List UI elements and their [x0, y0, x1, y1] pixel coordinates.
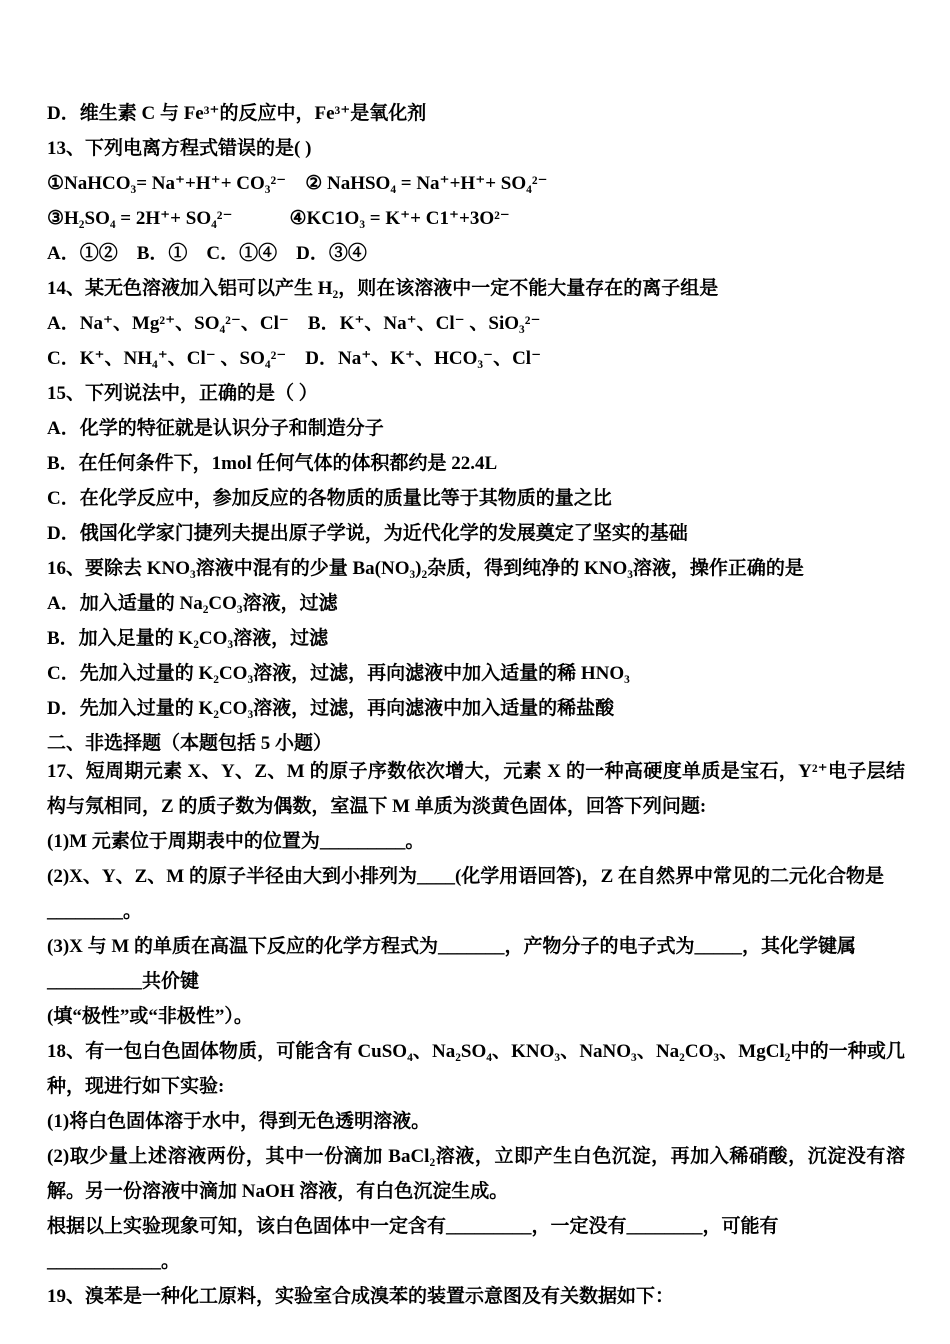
- q18-step2: (2)取少量上述溶液两份，其中一份滴加 BaCl₂溶液，立即产生白色沉淀，再加入…: [47, 1139, 905, 1209]
- q13-ionization-equations-1: ①NaHCO₃= Na⁺+H⁺+ CO₃²⁻ ② NaHSO₄ = Na⁺+H⁺…: [47, 166, 905, 201]
- q17-part3-continuation: (填“极性”或“非极性”）。: [47, 999, 905, 1034]
- q15-option-b: B．在任何条件下，1mol 任何气体的体积都约是 22.4L: [47, 446, 905, 481]
- q18-conclusion: 根据以上实验现象可知，该白色固体中一定含有_________，一定没有_____…: [47, 1209, 905, 1279]
- q16-option-c: C．先加入过量的 K₂CO₃溶液，过滤，再向滤液中加入适量的稀 HNO₃: [47, 656, 905, 691]
- q17-part3: (3)X 与 M 的单质在高温下反应的化学方程式为_______，产物分子的电子…: [47, 929, 905, 999]
- q14-options-cd: C．K⁺、NH₄⁺、Cl⁻ 、SO₄²⁻ D．Na⁺、K⁺、HCO₃⁻、Cl⁻: [47, 341, 905, 376]
- q15-option-a: A．化学的特征就是认识分子和制造分子: [47, 411, 905, 446]
- q16-option-a: A．加入适量的 Na₂CO₃溶液，过滤: [47, 586, 905, 621]
- q15-option-d: D．俄国化学家门捷列夫提出原子学说，为近代化学的发展奠定了坚实的基础: [47, 516, 905, 551]
- q14-stem: 14、某无色溶液加入铝可以产生 H₂，则在该溶液中一定不能大量存在的离子组是: [47, 271, 905, 306]
- q18-step1: (1)将白色固体溶于水中，得到无色透明溶液。: [47, 1104, 905, 1139]
- q17-part1: (1)M 元素位于周期表中的位置为_________。: [47, 824, 905, 859]
- q16-option-d: D．先加入过量的 K₂CO₃溶液，过滤，再向滤液中加入适量的稀盐酸: [47, 691, 905, 726]
- exam-page: D．维生素 C 与 Fe³⁺的反应中，Fe³⁺是氧化剂 13、下列电离方程式错误…: [0, 0, 950, 1344]
- q13-ionization-equations-2: ③H₂SO₄ = 2H⁺+ SO₄²⁻ ④KC1O₃ = K⁺+ C1⁺+3O²…: [47, 201, 905, 236]
- q13-options: A．①② B．① C．①④ D．③④: [47, 236, 905, 271]
- q19-stem: 19、溴苯是一种化工原料，实验室合成溴苯的装置示意图及有关数据如下：: [47, 1279, 905, 1314]
- q17-part2: (2)X、Y、Z、M 的原子半径由大到小排列为____(化学用语回答)，Z 在自…: [47, 859, 905, 929]
- q16-option-b: B．加入足量的 K₂CO₃溶液，过滤: [47, 621, 905, 656]
- q16-stem: 16、要除去 KNO₃溶液中混有的少量 Ba(NO₃)₂杂质，得到纯净的 KNO…: [47, 551, 905, 586]
- q14-options-ab: A．Na⁺、Mg²⁺、SO₄²⁻、Cl⁻ B．K⁺、Na⁺、Cl⁻ 、SiO₃²…: [47, 306, 905, 341]
- q13-stem: 13、下列电离方程式错误的是( ): [47, 131, 905, 166]
- q17-stem: 17、短周期元素 X、Y、Z、M 的原子序数依次增大，元素 X 的一种高硬度单质…: [47, 754, 905, 824]
- q12-option-d: D．维生素 C 与 Fe³⁺的反应中，Fe³⁺是氧化剂: [47, 96, 905, 131]
- q15-stem: 15、下列说法中，正确的是（ ）: [47, 376, 905, 411]
- q18-stem: 18、有一包白色固体物质，可能含有 CuSO₄、Na₂SO₄、KNO₃、NaNO…: [47, 1034, 905, 1104]
- q15-option-c: C．在化学反应中，参加反应的各物质的质量比等于其物质的量之比: [47, 481, 905, 516]
